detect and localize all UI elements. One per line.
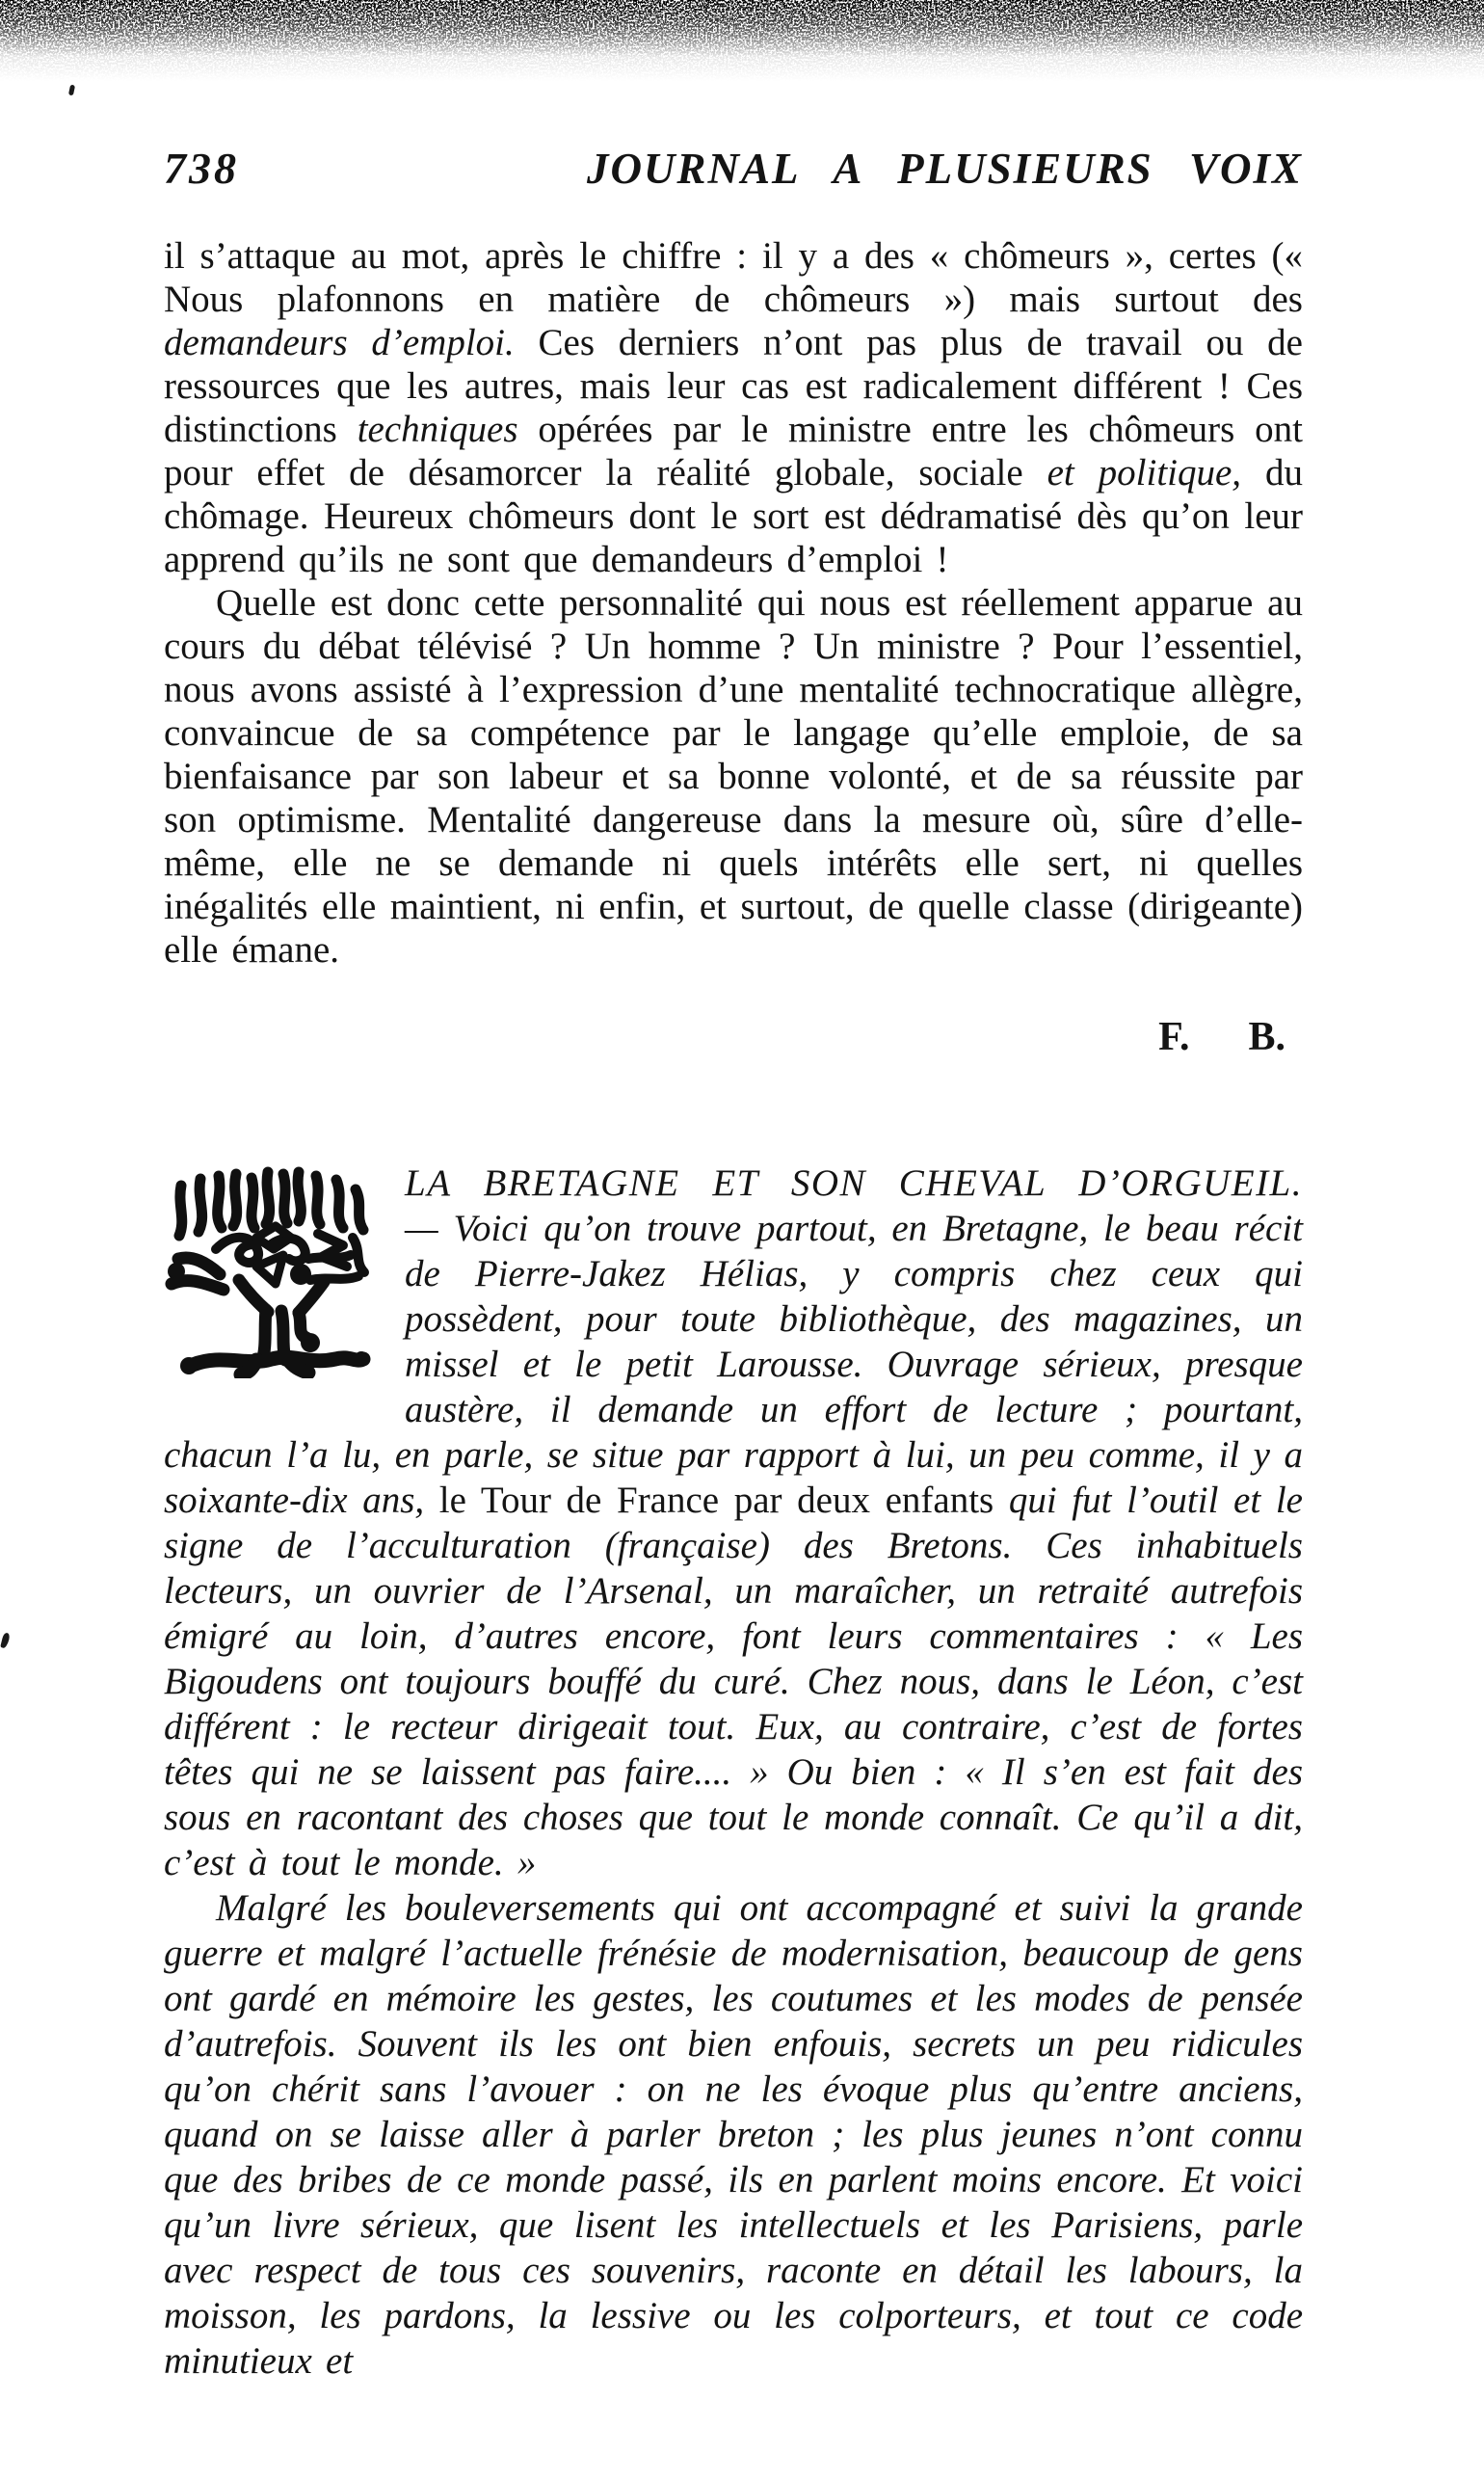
page-header: 738 JOURNAL A PLUSIEURS VOIX — [164, 143, 1303, 194]
paragraph-personnalite: Quelle est donc cette personnalité qui n… — [164, 581, 1303, 972]
article-chomage: il s’attaque au mot, après le chiffre : … — [164, 234, 1303, 1060]
text-column: 738 JOURNAL A PLUSIEURS VOIX il s’attaqu… — [164, 143, 1303, 2384]
book-title-tour-de-france: le Tour de France par deux enfants — [439, 1480, 994, 1521]
paragraph-bretagne-1: LA BRETAGNE ET SON CHEVAL D’ORGUEIL. — V… — [164, 1160, 1303, 1885]
page-number: 738 — [164, 143, 239, 194]
scan-noise-fade — [0, 0, 1484, 81]
bretagne-section-title: LA BRETAGNE ET SON CHEVAL D’ORGUEIL. — [405, 1162, 1303, 1204]
scanned-journal-page: 738 JOURNAL A PLUSIEURS VOIX il s’attaqu… — [0, 0, 1484, 2481]
text-segment: il s’attaque au mot, après le chiffre : … — [164, 235, 1303, 320]
text-segment-italic: et politique, — [1047, 452, 1241, 494]
text-segment-italic: demandeurs d’emploi. — [164, 322, 515, 363]
article-bretagne: LA BRETAGNE ET SON CHEVAL D’ORGUEIL. — V… — [164, 1160, 1303, 2384]
paragraph-chomeurs: il s’attaque au mot, après le chiffre : … — [164, 234, 1303, 581]
running-title: JOURNAL A PLUSIEURS VOIX — [587, 144, 1303, 194]
scan-speck — [68, 85, 75, 96]
woodcut-tree-illustration — [164, 1166, 372, 1378]
author-initials: F. B. — [164, 1014, 1285, 1060]
scan-speck — [0, 1632, 11, 1648]
paragraph-bretagne-2: Malgré les bouleversements qui ont accom… — [164, 1885, 1303, 2384]
text-segment: qui fut l’outil et le signe de l’accultu… — [164, 1480, 1303, 1883]
text-segment-italic: techniques — [358, 409, 518, 450]
